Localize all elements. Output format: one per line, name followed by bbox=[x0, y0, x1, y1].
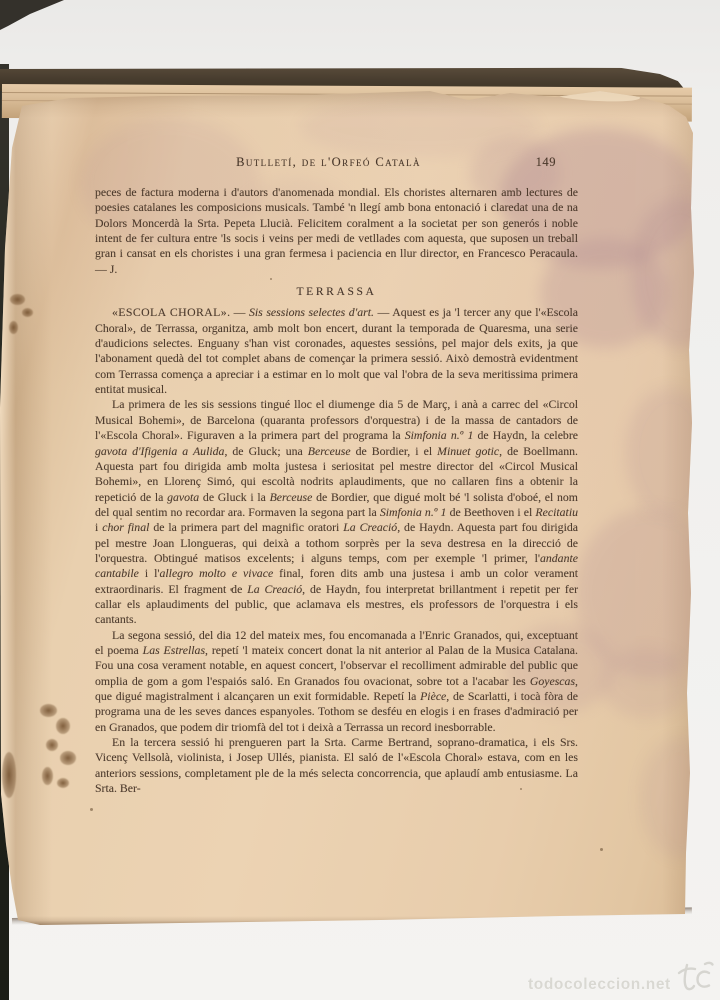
italic-text: Recitatiu bbox=[535, 505, 578, 519]
watermark-tc-logo-icon bbox=[675, 960, 715, 996]
printed-text-block: Butlletí, de l'Orfeó Català 149 peces de… bbox=[95, 155, 578, 796]
text-run: «ESCOLA CHORAL» bbox=[112, 305, 227, 319]
paragraph: La segona sessió, del dia 12 del mateix … bbox=[95, 628, 578, 735]
text-run: , de Gluck; una bbox=[224, 444, 307, 458]
text-run: . — bbox=[227, 305, 249, 319]
text-run: de Bordier, i el bbox=[351, 444, 438, 458]
worm-hole-stain bbox=[22, 308, 33, 317]
worm-hole-stain bbox=[42, 767, 53, 785]
italic-text: Pièce bbox=[420, 689, 446, 703]
paragraph: La primera de les sis sessions tingué ll… bbox=[95, 397, 578, 627]
italic-text: La Creació bbox=[343, 520, 397, 534]
italic-text: Sis sessions selectes d'art. bbox=[249, 305, 374, 319]
text-run: de Gluck i la bbox=[199, 490, 269, 504]
worm-hole-stain bbox=[57, 778, 69, 788]
paper-stain bbox=[625, 388, 715, 518]
text-run: de la primera part del magnific oratori bbox=[149, 520, 343, 534]
paper-speck bbox=[90, 808, 93, 811]
watermark: todocoleccion.net bbox=[528, 960, 715, 994]
paragraph: peces de factura moderna i d'autors d'an… bbox=[95, 185, 578, 277]
section-heading: TERRASSA bbox=[95, 284, 578, 299]
worm-hole-stain bbox=[40, 704, 57, 717]
page-gutter-shading bbox=[0, 88, 52, 926]
paper-stain bbox=[600, 648, 690, 718]
italic-text: Minuet gotic bbox=[437, 444, 499, 458]
italic-text: gavota bbox=[167, 490, 199, 504]
running-header: Butlletí, de l'Orfeó Català 149 bbox=[95, 155, 578, 172]
watermark-text: todocoleccion.net bbox=[528, 976, 671, 994]
italic-text: Goyescas bbox=[530, 674, 575, 688]
worm-hole-stain bbox=[56, 718, 70, 734]
worm-hole-stain bbox=[46, 739, 58, 751]
italic-text: chor final bbox=[102, 520, 149, 534]
text-run: i l' bbox=[139, 566, 160, 580]
page-text-body: peces de factura moderna i d'autors d'an… bbox=[95, 185, 578, 796]
page-number: 149 bbox=[536, 155, 556, 170]
italic-text: Berceuse bbox=[270, 490, 313, 504]
italic-text: allegro molto e vivace bbox=[159, 566, 273, 580]
text-run: En la tercera sessió hi prengueren part … bbox=[95, 735, 578, 795]
worm-hole-stain bbox=[60, 751, 76, 765]
text-run: peces de factura moderna i d'autors d'an… bbox=[95, 185, 578, 276]
paper-stain bbox=[630, 198, 720, 348]
italic-text: La Creació bbox=[247, 582, 302, 596]
book-cover-corner bbox=[0, 0, 74, 34]
paper-speck bbox=[600, 848, 603, 851]
journal-title: Butlletí, de l'Orfeó Català bbox=[87, 155, 570, 170]
page-bottom-edge bbox=[0, 916, 696, 926]
italic-text: Simfonia n.º 1 bbox=[380, 505, 447, 519]
italic-text: Berceuse bbox=[308, 444, 351, 458]
paragraph: En la tercera sessió hi prengueren part … bbox=[95, 735, 578, 796]
italic-text: Simfonia n.º 1 bbox=[405, 428, 474, 442]
italic-text: Las Estrellas bbox=[143, 643, 205, 657]
text-run: de Beethoven i el bbox=[446, 505, 535, 519]
worm-hole-stain bbox=[2, 752, 16, 798]
worm-hole-stain bbox=[10, 294, 25, 305]
text-run: de Haydn, la celebre bbox=[473, 428, 578, 442]
italic-text: gavota d'Ifigenia a Aulida bbox=[95, 444, 224, 458]
paper-stain bbox=[640, 738, 720, 858]
worm-hole-stain bbox=[9, 321, 18, 334]
paper-stain bbox=[300, 98, 540, 158]
photo-background: Butlletí, de l'Orfeó Català 149 peces de… bbox=[0, 0, 720, 1000]
paragraph: «ESCOLA CHORAL». — Sis sessions selectes… bbox=[95, 305, 578, 397]
